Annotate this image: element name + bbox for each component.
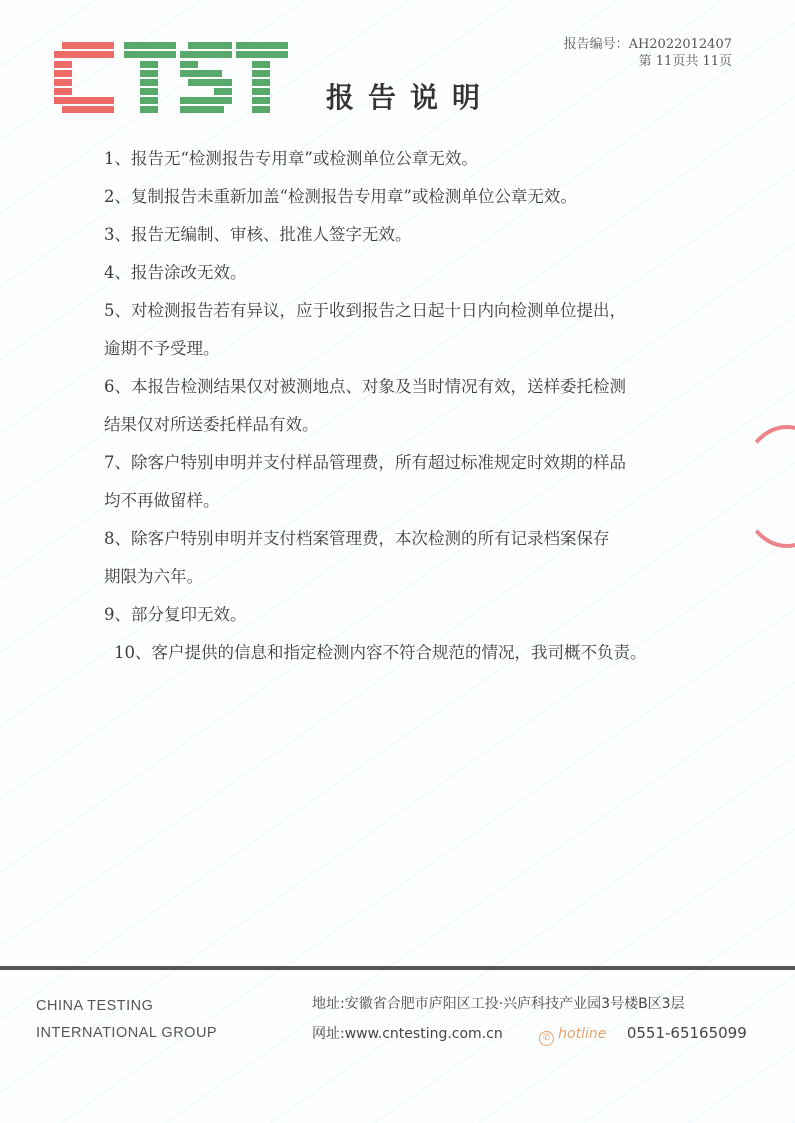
footer-divider (0, 966, 795, 970)
list-item-continuation: 期限为六年。 (104, 558, 704, 596)
item-text: 除客户特别申明并支付样品管理费，所有超过标准规定时效期的样品 (131, 453, 626, 472)
list-item-continuation: 均不再做留样。 (104, 482, 704, 520)
phone-icon: ✆ (539, 1031, 554, 1046)
list-item: 6、本报告检测结果仅对被测地点、对象及当时情况有效，送样委托检测 (104, 368, 704, 406)
phone-number: 0551-65165099 (627, 1024, 747, 1042)
list-item-continuation: 结果仅对所送委托样品有效。 (104, 406, 704, 444)
list-item: 9、部分复印无效。 (104, 596, 704, 634)
item-number: 6、 (104, 377, 131, 396)
notice-list: 1、报告无“检测报告专用章”或检测单位公章无效。2、复制报告未重新加盖“检测报告… (104, 140, 704, 672)
list-item: 8、除客户特别申明并支付档案管理费，本次检测的所有记录档案保存 (104, 520, 704, 558)
item-number: 1、 (104, 149, 131, 168)
list-item: 3、报告无编制、审核、批准人签字无效。 (104, 216, 704, 254)
item-number: 4、 (104, 263, 131, 282)
item-text: 本报告检测结果仅对被测地点、对象及当时情况有效，送样委托检测 (131, 377, 626, 396)
report-number: 报告编号：AH2022012407 (564, 36, 732, 53)
item-number: 7、 (104, 453, 131, 472)
item-text: 结果仅对所送委托样品有效。 (104, 415, 319, 434)
list-item: 7、除客户特别申明并支付样品管理费，所有超过标准规定时效期的样品 (104, 444, 704, 482)
company-line-1: CHINA TESTING (36, 993, 217, 1020)
ctst-logo (52, 42, 274, 108)
list-item-continuation: 逾期不予受理。 (104, 330, 704, 368)
item-text: 均不再做留样。 (104, 491, 220, 510)
item-number: 8、 (104, 529, 131, 548)
item-text: 对检测报告若有异议，应于收到报告之日起十日内向检测单位提出， (131, 301, 626, 320)
item-number: 9、 (104, 605, 131, 624)
item-number: 10、 (114, 643, 152, 662)
item-text: 报告涂改无效。 (131, 263, 247, 282)
item-text: 复制报告未重新加盖“检测报告专用章”或检测单位公章无效。 (131, 187, 577, 206)
list-item: 10、客户提供的信息和指定检测内容不符合规范的情况，我司概不负责。 (114, 634, 704, 672)
item-text: 部分复印无效。 (131, 605, 247, 624)
company-name: CHINA TESTING INTERNATIONAL GROUP (36, 993, 217, 1047)
item-text: 逾期不予受理。 (104, 339, 220, 358)
address: 地址:安徽省合肥市庐阳区工投·兴庐科技产业园3号楼B区3层 (312, 990, 747, 1019)
page-info: 第 11页共 11页 (564, 53, 732, 70)
item-number: 2、 (104, 187, 131, 206)
list-item: 4、报告涂改无效。 (104, 254, 704, 292)
item-number: 3、 (104, 225, 131, 244)
item-text: 报告无“检测报告专用章”或检测单位公章无效。 (131, 149, 478, 168)
contact-info: 地址:安徽省合肥市庐阳区工投·兴庐科技产业园3号楼B区3层 网址:www.cnt… (312, 990, 747, 1049)
hotline: ✆hotline (539, 1026, 606, 1042)
report-meta: 报告编号：AH2022012407 第 11页共 11页 (564, 36, 732, 70)
website: 网址:www.cntesting.com.cn (312, 1026, 503, 1042)
item-text: 除客户特别申明并支付档案管理费，本次检测的所有记录档案保存 (131, 529, 610, 548)
list-item: 2、复制报告未重新加盖“检测报告专用章”或检测单位公章无效。 (104, 178, 704, 216)
item-text: 客户提供的信息和指定检测内容不符合规范的情况，我司概不负责。 (152, 643, 647, 662)
seal-stamp (739, 425, 795, 548)
hotline-label: hotline (558, 1026, 606, 1042)
item-number: 5、 (104, 301, 131, 320)
list-item: 1、报告无“检测报告专用章”或检测单位公章无效。 (104, 140, 704, 178)
item-text: 期限为六年。 (104, 567, 203, 586)
company-line-2: INTERNATIONAL GROUP (36, 1020, 217, 1047)
list-item: 5、对检测报告若有异议，应于收到报告之日起十日内向检测单位提出， (104, 292, 704, 330)
page-title: 报告说明 (326, 76, 494, 116)
item-text: 报告无编制、审核、批准人签字无效。 (131, 225, 412, 244)
